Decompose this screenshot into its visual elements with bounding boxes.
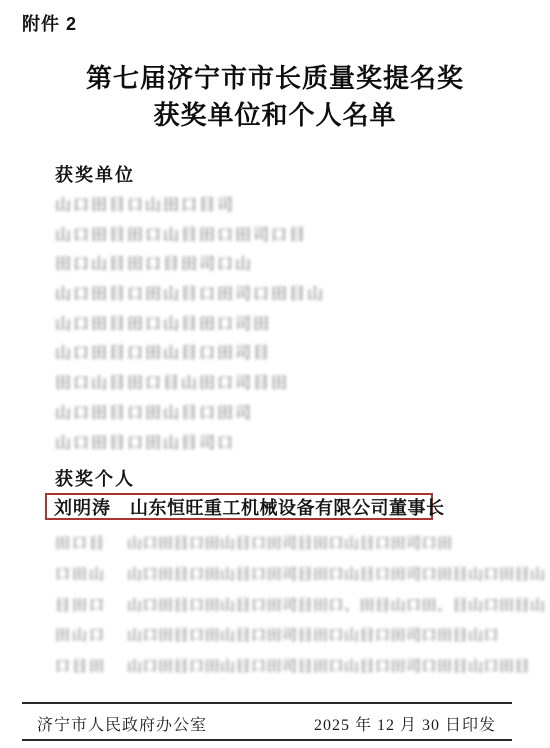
redacted-unit-row: 山口田目口田山目口田司口田目山 — [55, 280, 525, 310]
redacted-unit-row: 山口田目田口山目田口司田 — [55, 310, 525, 340]
footer-issuer: 济宁市人民政府办公室 — [37, 712, 207, 735]
redacted-unit-row: 田口山目田口目山田口司目田 — [55, 369, 525, 399]
redacted-individual-row: 口田山 山口田目口田山目口田司目田口山目口田司口田目山口田目山 — [55, 560, 535, 591]
footer: 济宁市人民政府办公室 2025 年 12 月 30 日印发 — [22, 708, 512, 738]
redacted-individual-desc: 山口田目口田山目口田司目田口、田目山口田、目山口田目山 — [127, 591, 546, 622]
redacted-individual-row: 田山口 山口田目口田山目口田司目田口山目口田司口田目山口 — [55, 621, 535, 652]
redacted-individual-name: 田口目 — [55, 529, 117, 560]
redacted-individual-desc: 山口田目口田山目口田司目田口山目口田司口田 — [127, 529, 453, 560]
document-page: 附件 2 第七届济宁市市长质量奖提名奖 获奖单位和个人名单 获奖单位 山口田目口… — [0, 0, 550, 748]
footer-print-date: 2025 年 12 月 30 日印发 — [314, 712, 496, 735]
document-title: 第七届济宁市市长质量奖提名奖 获奖单位和个人名单 — [0, 60, 550, 134]
redacted-individual-name: 口目田 — [55, 652, 117, 683]
footer-divider-top — [22, 702, 512, 704]
redacted-individual-desc: 山口田目口田山目口田司目田口山目口田司口田目山口田目 — [127, 652, 530, 683]
redacted-individual-name: 田山口 — [55, 621, 117, 652]
redacted-individual-name: 目田口 — [55, 591, 117, 622]
document-title-line2: 获奖单位和个人名单 — [0, 97, 550, 134]
redacted-individual-row: 口目田 山口田目口田山目口田司目田口山目口田司口田目山口田目 — [55, 652, 535, 683]
redacted-individual-name: 口田山 — [55, 560, 117, 591]
attachment-label: 附件 2 — [22, 10, 77, 36]
redacted-unit-row: 山口田目口田山目口田司目 — [55, 339, 525, 369]
section-heading-individuals: 获奖个人 — [55, 465, 135, 491]
redacted-individual-desc: 山口田目口田山目口田司目田口山目口田司口田目山口田目山 — [127, 560, 546, 591]
redacted-individual-desc: 山口田目口田山目口田司目田口山目口田司口田目山口 — [127, 621, 499, 652]
footer-divider-bottom — [22, 739, 512, 741]
redacted-unit-row: 田口山目田口目田司口山 — [55, 250, 525, 280]
section-heading-units: 获奖单位 — [55, 161, 135, 187]
redacted-unit-row: 山口田目口田山目口田司 — [55, 399, 525, 429]
document-title-line1: 第七届济宁市市长质量奖提名奖 — [0, 60, 550, 97]
winning-individuals-list: 田口目 山口田目口田山目口田司目田口山目口田司口田 口田山 山口田目口田山目口田… — [55, 529, 535, 683]
redacted-unit-row: 山口田目口山田口目司 — [55, 191, 525, 221]
redacted-individual-row: 目田口 山口田目口田山目口田司目田口、田目山口田、目山口田目山 — [55, 591, 535, 622]
redacted-unit-row: 山口田目田口山目田口田司口目 — [55, 221, 525, 251]
redacted-unit-row: 山口田目口田山目司口 — [55, 429, 525, 459]
winning-units-list: 山口田目口山田口目司 山口田目田口山目田口田司口目 田口山目田口目田司口山 山口… — [55, 191, 525, 458]
highlighted-winner-box: 刘明涛 山东恒旺重工机械设备有限公司董事长 — [45, 493, 433, 520]
highlighted-winner-name: 刘明涛 — [54, 494, 111, 520]
highlighted-winner-title: 山东恒旺重工机械设备有限公司董事长 — [130, 494, 445, 520]
redacted-individual-row: 田口目 山口田目口田山目口田司目田口山目口田司口田 — [55, 529, 535, 560]
